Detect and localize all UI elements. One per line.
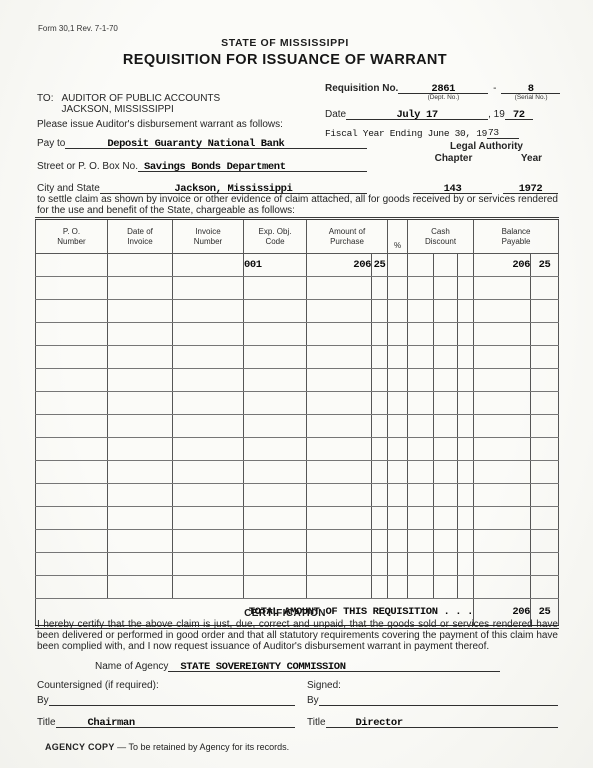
cell-pct [388,415,408,438]
cell-invoice-no [173,323,244,346]
cell-amount-dollars [307,323,372,346]
countersigned-label: Countersigned (if required): [37,680,159,691]
cell-amount-cents [372,392,388,415]
cell-invoice-date [108,530,173,553]
col-header-invoice-date: Date of Invoice [108,219,173,254]
cell-discount-b [434,323,458,346]
cell-amount-dollars [307,576,372,599]
street-value: Savings Bonds Department [138,161,286,173]
chapter-field: 143 [413,180,492,194]
cell-invoice-no [173,254,244,277]
serial-no-value: 8 [528,83,534,95]
cell-amount-cents [372,415,388,438]
line-item-row [36,438,559,461]
city-state-label: City and State [37,183,100,194]
cell-invoice-date [108,277,173,300]
requisition-form-page: Form 30,1 Rev. 7-1-70 STATE OF MISSISSIP… [0,0,593,768]
cell-discount-cents [458,254,474,277]
cell-discount-a [408,369,434,392]
cell-exp-obj [244,553,307,576]
cell-balance-cents [531,507,559,530]
city-state-row: City and State Jackson, Mississippi [37,180,367,194]
cell-exp-obj [244,461,307,484]
by-field-right [319,692,558,706]
pay-to-label: Pay to [37,138,65,149]
chapter-label: Chapter [415,153,492,164]
cell-balance-dollars: 206 [474,254,531,277]
addressee-block: TO: AUDITOR OF PUBLIC ACCOUNTS JACKSON, … [37,93,283,130]
cell-po [36,507,108,530]
agency-copy-text: — To be retained by Agency for its recor… [117,742,289,752]
cell-amount-cents [372,461,388,484]
title-value-left: Chairman [56,717,135,729]
cell-discount-b [434,484,458,507]
cell-balance-cents [531,461,559,484]
signed-label: Signed: [307,680,341,691]
cell-amount-cents [372,277,388,300]
cell-invoice-date [108,300,173,323]
cell-po [36,254,108,277]
form-title: REQUISITION FOR ISSUANCE OF WARRANT [35,52,535,68]
street-row: Street or P. O. Box No. Savings Bonds De… [37,158,367,172]
cell-discount-a [408,254,434,277]
cell-invoice-date [108,392,173,415]
legal-authority-block: Legal Authority Chapter Year [415,141,558,164]
cell-amount-dollars [307,507,372,530]
cell-pct [388,438,408,461]
line-item-row [36,553,559,576]
line-item-row [36,484,559,507]
cell-balance-dollars [474,530,531,553]
cell-invoice-no [173,461,244,484]
year-prefix: , 19 [488,109,505,120]
cell-discount-a [408,530,434,553]
cell-balance-cents [531,530,559,553]
fiscal-year-field: 73 [487,126,519,139]
cell-invoice-no [173,415,244,438]
cell-amount-cents [372,484,388,507]
by-label-right: By [307,695,319,706]
cell-discount-a [408,415,434,438]
by-row-right: By [307,692,558,706]
cell-po [36,530,108,553]
cell-amount-cents [372,369,388,392]
cell-invoice-date [108,461,173,484]
cell-amount-cents [372,576,388,599]
cell-exp-obj: 001 [244,254,307,277]
cell-balance-cents [531,553,559,576]
col-header-pct: % [388,219,408,254]
year-field: 72 [505,106,533,120]
cell-invoice-date [108,346,173,369]
cell-discount-cents [458,484,474,507]
cell-balance-cents: 25 [531,254,559,277]
cell-po [36,277,108,300]
cell-amount-dollars [307,553,372,576]
cell-discount-b [434,254,458,277]
cell-discount-a [408,461,434,484]
cell-discount-b [434,576,458,599]
line-items-body: 001 206 25 206 25 [36,254,559,599]
fiscal-year-value: 73 [487,127,499,138]
cell-pct [388,323,408,346]
cell-invoice-date [108,438,173,461]
cell-invoice-date [108,576,173,599]
title-field-left: Chairman [56,714,295,728]
cell-invoice-date [108,415,173,438]
line-item-row [36,415,559,438]
cell-balance-dollars [474,369,531,392]
cell-balance-cents [531,438,559,461]
cell-po [36,392,108,415]
col-header-balance: Balance Payable [474,219,559,254]
line-item-row [36,346,559,369]
cell-discount-cents [458,392,474,415]
cell-amount-cents [372,530,388,553]
agency-copy-label: AGENCY COPY [45,742,115,752]
cell-amount-cents [372,346,388,369]
agency-value: STATE SOVEREIGNTY COMMISSION [168,661,345,673]
dept-no-value: 2861 [431,83,455,95]
cell-pct [388,461,408,484]
cell-po [36,369,108,392]
cell-discount-b [434,461,458,484]
cell-balance-cents [531,484,559,507]
by-field-left [49,692,295,706]
cell-pct [388,254,408,277]
cell-discount-cents [458,369,474,392]
cell-amount-cents [372,553,388,576]
by-row-left: By [37,692,295,706]
cell-exp-obj [244,484,307,507]
cell-exp-obj [244,507,307,530]
line-item-row [36,323,559,346]
cell-balance-dollars [474,461,531,484]
city-state-field: Jackson, Mississippi [100,180,367,194]
col-header-discount: Cash Discount [408,219,474,254]
cell-balance-dollars [474,484,531,507]
cell-exp-obj [244,415,307,438]
cell-amount-cents [372,323,388,346]
cell-exp-obj [244,576,307,599]
issue-instruction: Please issue Auditor's disbursement warr… [37,119,283,130]
title-row-right: Title Director [307,714,558,728]
agency-row: Name of Agency STATE SOVEREIGNTY COMMISS… [95,658,500,672]
cell-invoice-no [173,438,244,461]
year-value: 72 [513,109,525,121]
cell-invoice-no [173,530,244,553]
cell-amount-dollars [307,461,372,484]
cell-invoice-date [108,484,173,507]
line-item-row [36,576,559,599]
cell-invoice-no [173,576,244,599]
agency-label: Name of Agency [95,661,168,672]
cell-po [36,300,108,323]
col-header-invoice-no: Invoice Number [173,219,244,254]
cell-discount-cents [458,461,474,484]
certification-heading: CERTIFICATION [35,608,535,619]
line-item-row [36,461,559,484]
serial-no-caption: (Serial No.) [502,94,560,101]
cell-discount-a [408,553,434,576]
cell-invoice-no [173,277,244,300]
cell-po [36,438,108,461]
cell-balance-dollars [474,300,531,323]
cell-amount-dollars [307,438,372,461]
cell-amount-dollars: 206 [307,254,372,277]
cell-discount-cents [458,576,474,599]
cell-exp-obj [244,438,307,461]
cell-pct [388,300,408,323]
cell-balance-dollars [474,392,531,415]
requisition-dash: - [488,83,501,94]
cell-amount-dollars [307,392,372,415]
col-header-amount: Amount of Purchase [307,219,388,254]
agency-field: STATE SOVEREIGNTY COMMISSION [168,658,500,672]
cell-discount-cents [458,415,474,438]
title-value-right: Director [326,717,403,729]
cell-discount-b [434,415,458,438]
cell-balance-cents [531,392,559,415]
cell-discount-a [408,484,434,507]
cell-po [36,346,108,369]
cell-balance-cents [531,346,559,369]
certification-text: I hereby certify that the above claim is… [37,620,558,652]
cell-po [36,576,108,599]
legal-year-field: 1972 [503,180,558,194]
cell-pct [388,507,408,530]
cell-invoice-no [173,369,244,392]
line-item-row [36,392,559,415]
cell-pct [388,484,408,507]
cell-amount-dollars [307,369,372,392]
cell-discount-a [408,323,434,346]
cell-pct [388,392,408,415]
requisition-block: Requisition No. 2861 - 8 (Dept. No.) (Se… [325,80,560,139]
line-item-row [36,277,559,300]
street-label: Street or P. O. Box No. [37,161,138,172]
serial-no-field: 8 [501,80,560,94]
cell-invoice-date [108,254,173,277]
cell-discount-cents [458,277,474,300]
cell-discount-a [408,392,434,415]
cell-balance-dollars [474,507,531,530]
cell-invoice-no [173,346,244,369]
title-label-left: Title [37,717,56,728]
line-item-row: 001 206 25 206 25 [36,254,559,277]
cell-balance-dollars [474,438,531,461]
cell-invoice-no [173,300,244,323]
cell-invoice-date [108,323,173,346]
street-field: Savings Bonds Department [138,158,367,172]
title-row-left: Title Chairman [37,714,295,728]
cell-invoice-no [173,507,244,530]
cell-discount-cents [458,553,474,576]
cell-amount-dollars [307,277,372,300]
line-item-row [36,300,559,323]
cell-pct [388,576,408,599]
cell-balance-dollars [474,576,531,599]
pay-to-row: Pay to Deposit Guaranty National Bank [37,135,367,149]
cell-discount-a [408,300,434,323]
cell-amount-dollars [307,300,372,323]
cell-discount-a [408,438,434,461]
cell-balance-dollars [474,415,531,438]
state-heading: STATE OF MISSISSIPPI [35,37,535,49]
cell-invoice-no [173,553,244,576]
cell-amount-cents [372,300,388,323]
cell-invoice-no [173,484,244,507]
cell-discount-a [408,277,434,300]
cell-exp-obj [244,323,307,346]
cell-discount-cents [458,323,474,346]
line-items-header: P. O. Number Date of Invoice Invoice Num… [36,219,559,254]
cell-discount-b [434,438,458,461]
cell-discount-b [434,369,458,392]
cell-amount-dollars [307,415,372,438]
line-items-table: P. O. Number Date of Invoice Invoice Num… [35,217,559,629]
year-col-label: Year [505,153,558,164]
cell-balance-cents [531,369,559,392]
date-field: July 17 [346,106,488,120]
by-label-left: By [37,695,49,706]
cell-invoice-no [173,392,244,415]
cell-discount-b [434,277,458,300]
cell-exp-obj [244,300,307,323]
requisition-no-label: Requisition No. [325,83,398,94]
line-item-row [36,507,559,530]
cell-pct [388,530,408,553]
cell-discount-b [434,507,458,530]
cell-discount-cents [458,300,474,323]
cell-amount-dollars [307,346,372,369]
cell-discount-cents [458,346,474,369]
cell-po [36,484,108,507]
cell-invoice-date [108,553,173,576]
cell-discount-b [434,300,458,323]
cell-balance-dollars [474,323,531,346]
title-label-right: Title [307,717,326,728]
legal-authority-heading: Legal Authority [415,141,558,152]
cell-balance-dollars [474,346,531,369]
cell-exp-obj [244,392,307,415]
pay-to-field: Deposit Guaranty National Bank [65,135,367,149]
cell-invoice-date [108,369,173,392]
cell-po [36,415,108,438]
line-item-row [36,530,559,553]
agency-copy-note: AGENCY COPY — To be retained by Agency f… [45,742,289,752]
cell-discount-cents [458,438,474,461]
cell-balance-dollars [474,553,531,576]
cell-exp-obj [244,369,307,392]
cell-amount-dollars [307,530,372,553]
cell-balance-cents [531,576,559,599]
col-header-po: P. O. Number [36,219,108,254]
cell-po [36,553,108,576]
cell-pct [388,553,408,576]
date-label: Date [325,109,346,120]
cell-discount-b [434,530,458,553]
addressee-line2: JACKSON, MISSISSIPPI [61,104,220,115]
cell-discount-cents [458,530,474,553]
cell-discount-b [434,392,458,415]
form-number: Form 30,1 Rev. 7-1-70 [38,24,118,33]
date-value: July 17 [396,109,437,121]
cell-exp-obj [244,277,307,300]
cell-exp-obj [244,346,307,369]
dept-no-caption: (Dept. No.) [399,94,488,101]
cell-po [36,461,108,484]
pay-to-value: Deposit Guaranty National Bank [65,138,284,150]
cell-pct [388,346,408,369]
cell-pct [388,277,408,300]
dept-no-field: 2861 [398,80,488,94]
cell-amount-dollars [307,484,372,507]
cell-balance-cents [531,415,559,438]
cell-pct [388,369,408,392]
cell-discount-b [434,346,458,369]
cell-discount-a [408,346,434,369]
cell-amount-cents: 25 [372,254,388,277]
cell-balance-cents [531,277,559,300]
cell-balance-cents [531,300,559,323]
cell-discount-a [408,507,434,530]
to-label: TO: [37,93,53,104]
cell-exp-obj [244,530,307,553]
addressee-line1: AUDITOR OF PUBLIC ACCOUNTS [61,93,220,104]
cell-po [36,323,108,346]
cell-amount-cents [372,438,388,461]
cell-amount-cents [372,507,388,530]
cell-invoice-date [108,507,173,530]
settle-claim-text: to settle claim as shown by invoice or o… [37,195,558,217]
line-item-row [36,369,559,392]
col-header-exp-obj: Exp. Obj. Code [244,219,307,254]
cell-balance-dollars [474,277,531,300]
title-field-right: Director [326,714,558,728]
cell-balance-cents [531,323,559,346]
cell-discount-a [408,576,434,599]
cell-discount-b [434,553,458,576]
cell-discount-cents [458,507,474,530]
